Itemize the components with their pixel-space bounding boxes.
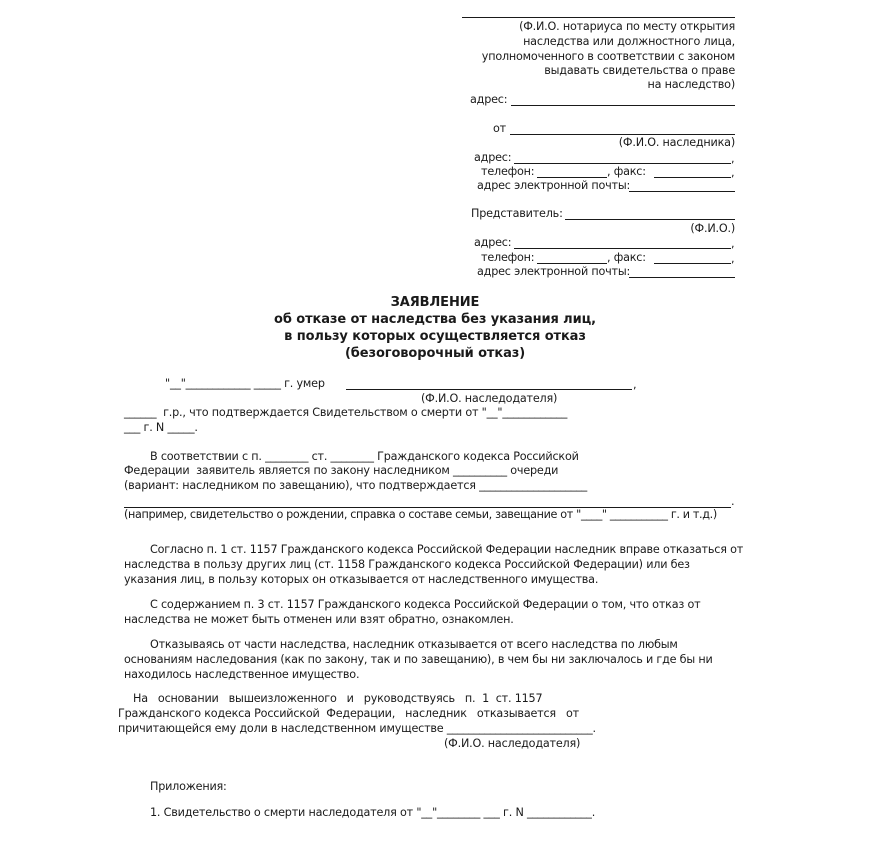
heir-basis-period: . [731, 495, 734, 509]
representative-label: Представитель: [471, 207, 563, 221]
heir-basis-example: (например, свидетельство о рождении, спр… [124, 508, 717, 522]
rep-fax-comma: , [731, 252, 734, 266]
document-subtitle-2: в пользу которых осуществляется отказ [0, 329, 870, 345]
death-certificate-number-line[interactable]: ___ г. N _____. [124, 421, 198, 435]
notary-address-label: адрес: [470, 93, 507, 107]
notary-address-field[interactable] [511, 105, 735, 106]
heir-basis-line-3[interactable]: (вариант: наследником по завещанию), что… [124, 479, 587, 493]
rep-email-field[interactable] [629, 277, 735, 278]
death-certificate-line[interactable]: ______ г.р., что подтверждается Свидетел… [124, 406, 567, 420]
conclusion-caption: (Ф.И.О. наследодателя) [444, 737, 580, 751]
heir-caption: (Ф.И.О. наследника) [430, 136, 735, 150]
heir-basis-line-2[interactable]: Федерации заявитель является по закону н… [124, 464, 558, 478]
rep-fax-label: , факс: [607, 251, 646, 265]
heir-email-field[interactable] [629, 191, 735, 192]
conclusion-line-1: На основании вышеизложенного и руководст… [133, 692, 542, 706]
conclusion-line-2: Гражданского кодекса Российской Федераци… [118, 707, 579, 721]
from-label: от [493, 122, 506, 136]
notary-caption-2: наследства или должностного лица, [430, 35, 735, 49]
rep-email-label: адрес электронной почты: [477, 265, 630, 279]
notary-name-line[interactable] [462, 17, 735, 18]
paragraph-whole-inheritance: Отказываясь от части наследства, наследн… [124, 637, 744, 682]
heir-address-comma: , [731, 152, 734, 166]
paragraph-irrevocable: С содержанием п. 3 ст. 1157 Гражданского… [124, 597, 744, 627]
heir-fax-field[interactable] [654, 177, 731, 178]
conclusion-line-3[interactable]: причитающейся ему доли в наследственном … [118, 722, 596, 736]
heir-phone-label: телефон: [481, 165, 534, 179]
heir-fax-label: , факс: [607, 165, 646, 179]
document-subtitle-3: (безоговорочный отказ) [0, 346, 870, 362]
deceased-name-field[interactable] [346, 389, 632, 390]
notary-caption-4: выдавать свидетельства о праве [430, 64, 735, 78]
notary-caption-5: на наследство) [430, 78, 735, 92]
heir-basis-line-1[interactable]: В соответствии с п. ________ ст. _______… [150, 450, 579, 464]
death-date-line[interactable]: "__"____________ _____ г. умер [165, 377, 325, 391]
notary-caption-3: уполномоченного в соответствии с законом [430, 50, 735, 64]
document-title: ЗАЯВЛЕНИЕ [0, 295, 870, 311]
rep-phone-field[interactable] [537, 263, 607, 264]
deceased-caption: (Ф.И.О. наследодателя) [421, 392, 557, 406]
paragraph-refusal-right: Согласно п. 1 ст. 1157 Гражданского коде… [124, 542, 744, 587]
representative-name-field[interactable] [565, 219, 735, 220]
document-subtitle-1: об отказе от наследства без указания лиц… [0, 312, 870, 328]
rep-fax-field[interactable] [654, 263, 731, 264]
notary-caption-1: (Ф.И.О. нотариуса по месту открытия [430, 20, 735, 34]
death-line-comma: , [633, 378, 636, 392]
rep-address-comma: , [731, 237, 734, 251]
representative-caption: (Ф.И.О.) [430, 222, 735, 236]
heir-address-label: адрес: [474, 151, 511, 165]
heir-address-field[interactable] [514, 163, 731, 164]
rep-phone-label: телефон: [481, 251, 534, 265]
heir-email-label: адрес электронной почты: [477, 179, 630, 193]
heir-phone-field[interactable] [537, 177, 607, 178]
heir-fax-comma: , [731, 166, 734, 180]
attachment-item[interactable]: 1. Свидетельство о смерти наследодателя … [150, 806, 595, 820]
heir-name-field[interactable] [510, 134, 735, 135]
attachments-heading: Приложения: [150, 780, 227, 794]
rep-address-label: адрес: [474, 236, 511, 250]
rep-address-field[interactable] [514, 248, 731, 249]
